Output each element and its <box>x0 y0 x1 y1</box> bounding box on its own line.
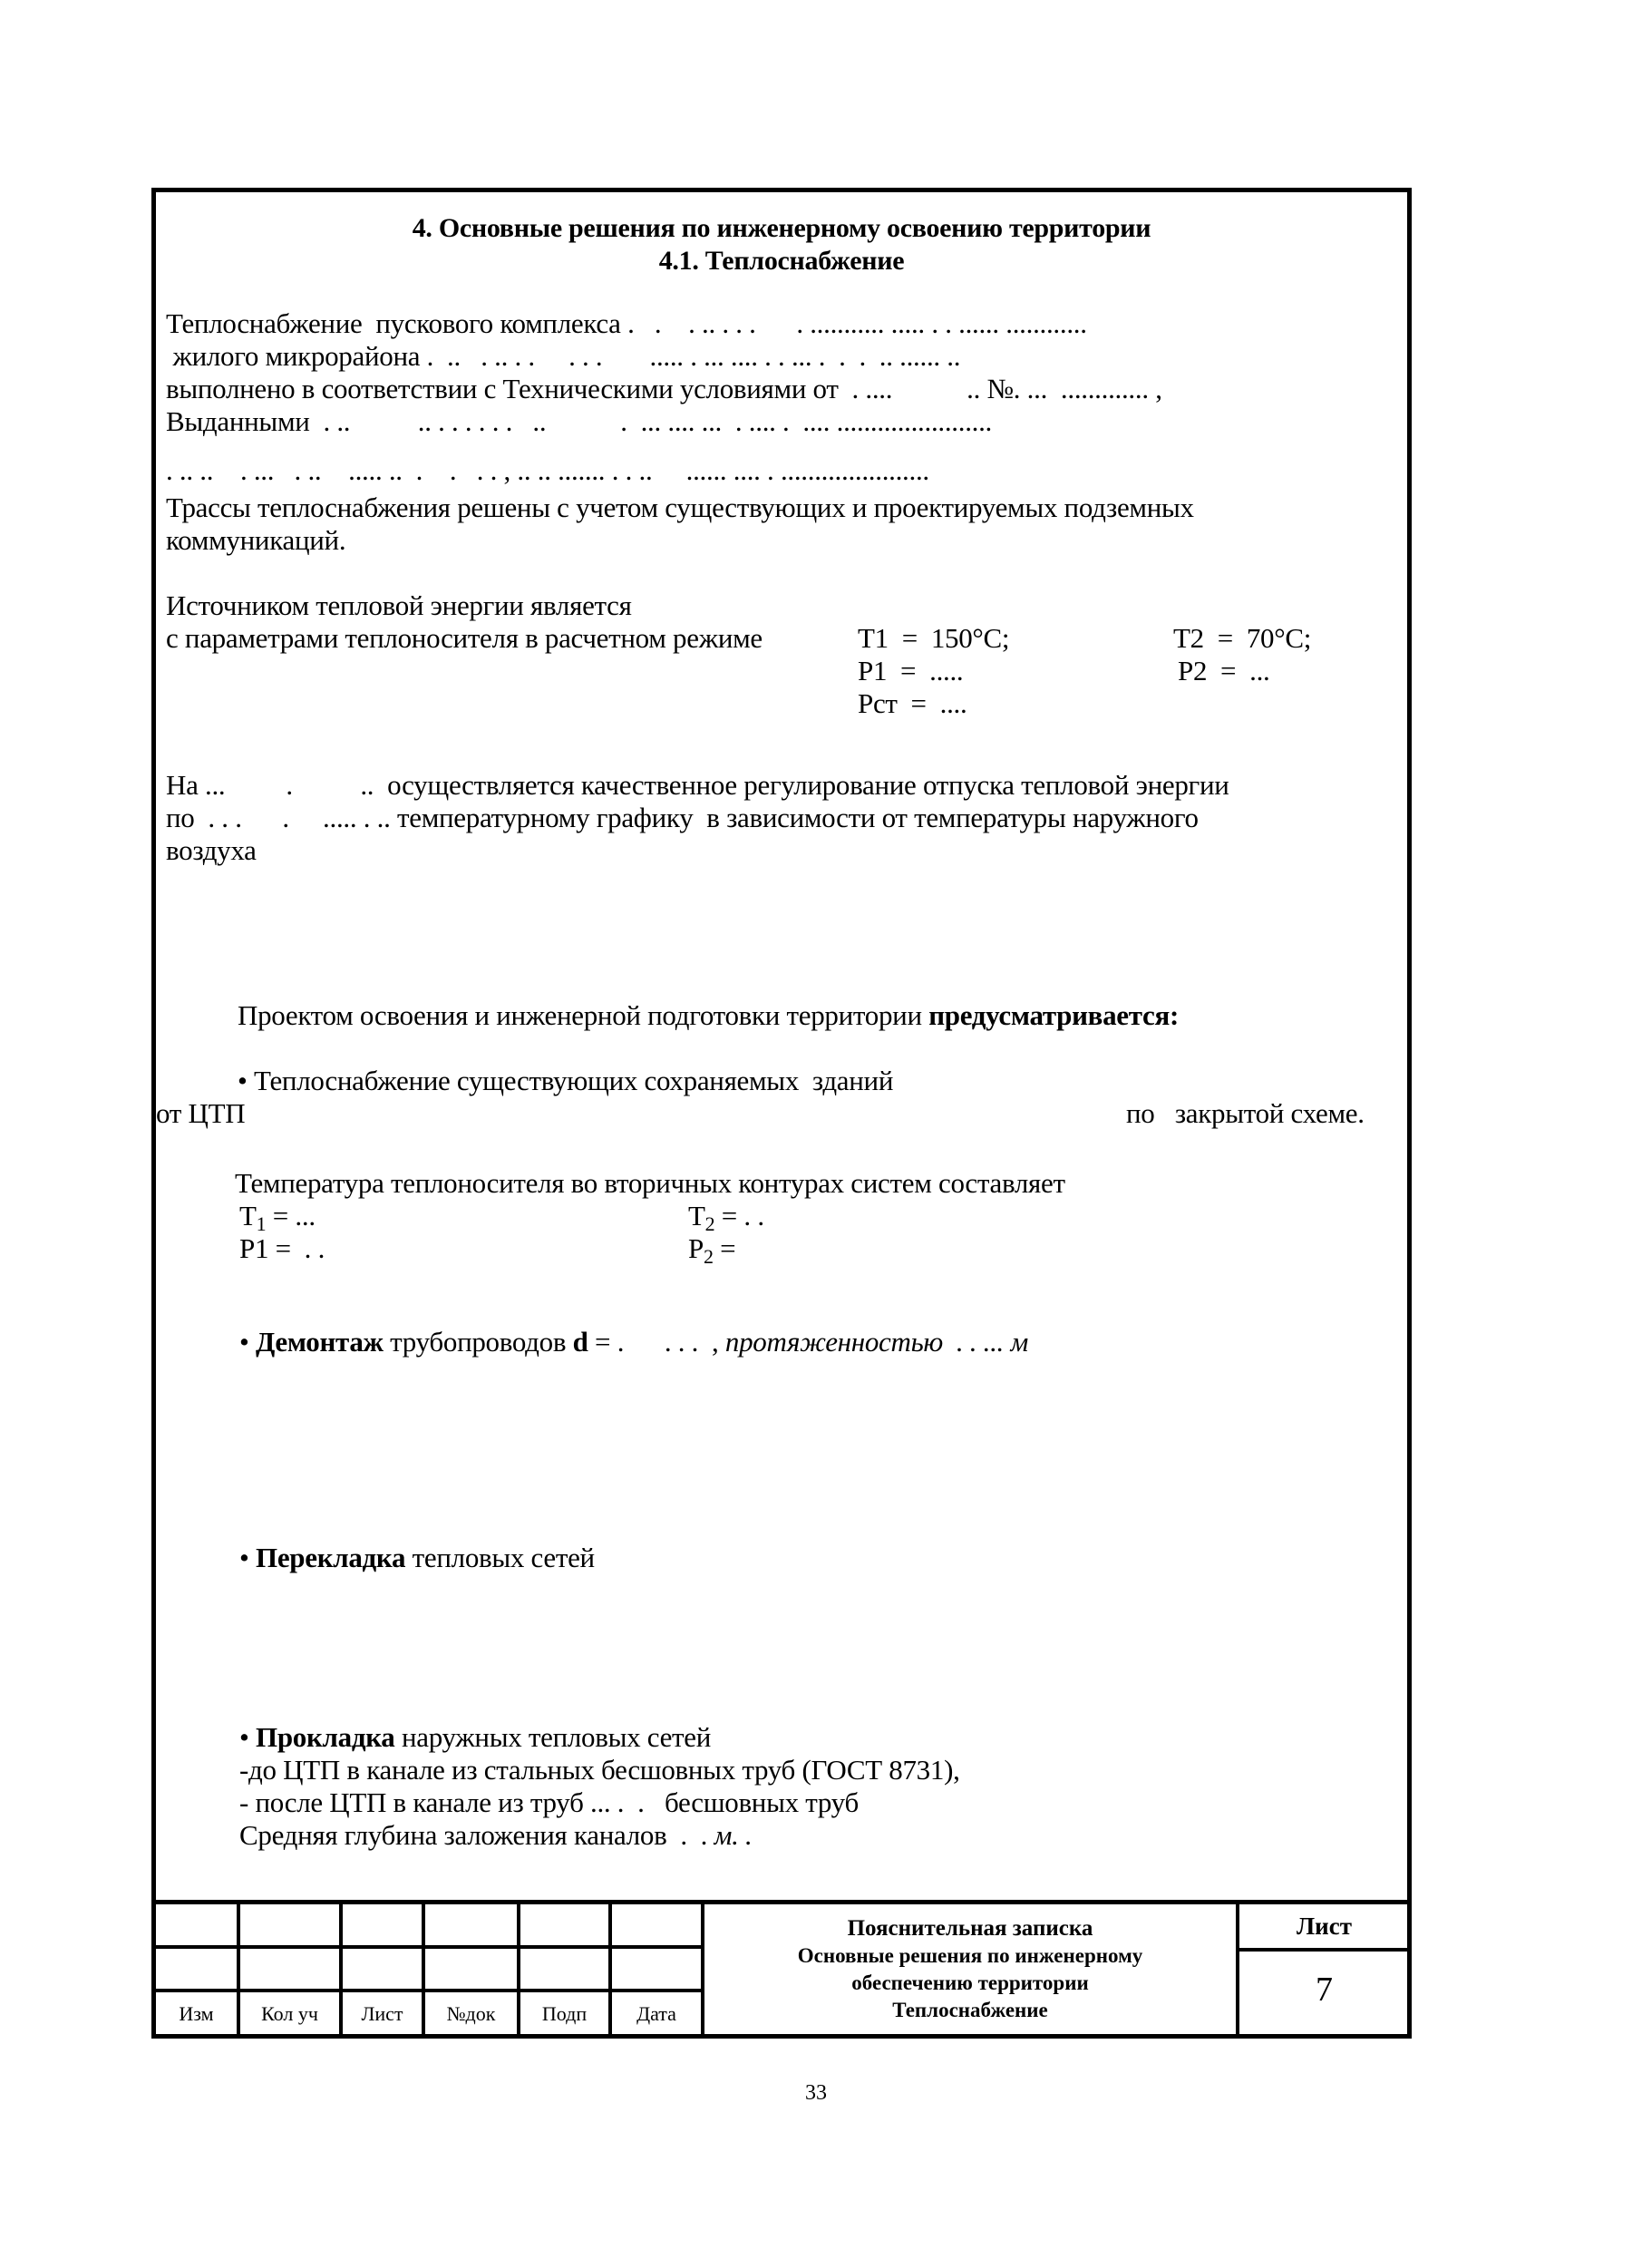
p2-value: = <box>714 1232 736 1264</box>
section-title: 4. Основные решения по инженерному освое… <box>156 212 1407 245</box>
bullet-icon: • <box>239 1721 249 1753</box>
t2-label: T <box>688 1200 705 1231</box>
document-type: Пояснительная записка <box>703 1915 1238 1942</box>
list-item-text: Теплоснабжение существующих сохраняемых … <box>254 1065 893 1096</box>
depth-unit: м. . <box>714 1819 753 1851</box>
divider <box>1238 1948 1407 1952</box>
description-line: Теплоснабжение <box>703 1997 1238 2024</box>
column-label-signature: Подп <box>520 2002 608 2026</box>
project-lead: Проектом освоения и инженерной подготовк… <box>238 999 1179 1032</box>
param-p1: P1 = ..... <box>858 655 963 687</box>
regulation-line-1: На ... . .. осуществляется качественное … <box>166 769 1229 802</box>
column-label-quantity: Кол уч <box>240 2002 339 2026</box>
laying-depth: Средняя глубина заложения каналов . . м.… <box>239 1819 752 1852</box>
source-line-2: с параметрами теплоносителя в расчетном … <box>166 622 763 655</box>
from-ctp: от ЦТП <box>156 1097 245 1130</box>
length-blank: протяженностью . . ... м <box>725 1326 1028 1358</box>
param-t1: T1 = 150°C; <box>858 622 1009 655</box>
regulation-line-3: воздуха <box>166 834 257 867</box>
intro-line-5: . .. .. . ... . .. ..... .. . . . . , ..… <box>166 454 929 487</box>
list-item-dismantling: • Демонтаж трубопроводов d = . . . . , п… <box>239 1326 1028 1358</box>
secondary-t1: T1 = ... <box>239 1200 316 1232</box>
diameter-blank: = . . . . , <box>588 1326 725 1358</box>
bullet-icon: • <box>239 1542 249 1573</box>
p2-label: P <box>688 1232 704 1264</box>
list-item-text: тепловых сетей <box>405 1542 595 1573</box>
laying-line-1: -до ЦТП в канале из стальных бесшовных т… <box>239 1754 960 1786</box>
subsection-title: 4.1. Теплоснабжение <box>156 245 1407 277</box>
param-pst: Pст = .... <box>858 687 967 720</box>
laying-line-2: - после ЦТП в канале из труб ... . . бес… <box>239 1786 859 1819</box>
column-label-sheet: Лист <box>343 2002 422 2026</box>
secondary-p1: P1 = . . <box>239 1232 325 1265</box>
project-lead-text: Проектом освоения и инженерной подготовк… <box>238 999 928 1031</box>
title-block: Изм Кол уч Лист №док Подп Дата Пояснител… <box>156 1900 1407 2039</box>
secondary-p2: P2 = <box>688 1232 735 1265</box>
depth-text: Средняя глубина заложения каналов . . <box>239 1819 714 1851</box>
source-line-1: Источником тепловой энергии является <box>166 589 632 622</box>
regulation-line-2: по . . . . ..... . .. температурному гра… <box>166 802 1199 834</box>
param-p2: P2 = ... <box>1178 655 1269 687</box>
routes-line-1: Трассы теплоснабжения решены с учетом су… <box>166 492 1194 524</box>
routes-line-2: коммуникаций. <box>166 524 345 557</box>
list-item-laying: • Прокладка наружных тепловых сетей <box>239 1721 711 1754</box>
column-label-doc-number: №док <box>425 2002 517 2026</box>
closed-scheme: по закрытой схеме. <box>1126 1097 1365 1130</box>
drawing-frame: 4. Основные решения по инженерному освое… <box>151 188 1412 2039</box>
list-item-keyword: Перекладка <box>256 1542 405 1573</box>
list-item-keyword: Демонтаж <box>256 1326 384 1358</box>
intro-line-2: жилого микрорайона . .. . .. . . . . . .… <box>166 340 960 373</box>
list-item-text: трубопроводов <box>384 1326 573 1358</box>
param-t2: T2 = 70°C; <box>1173 622 1311 655</box>
intro-line-3: выполнено в соответствии с Техническими … <box>166 373 1162 405</box>
page-number: 33 <box>0 2081 1632 2106</box>
t1-value: = ... <box>266 1200 315 1231</box>
sheet-number: 7 <box>1241 1970 1407 2010</box>
bullet-icon: • <box>238 1065 248 1096</box>
bullet-icon: • <box>239 1326 249 1358</box>
list-item-keyword: Прокладка <box>256 1721 394 1753</box>
column-label-date: Дата <box>612 2002 701 2026</box>
column-label-revision: Изм <box>156 2002 237 2026</box>
secondary-t2: T2 = . . <box>688 1200 764 1232</box>
t1-label: T <box>239 1200 257 1231</box>
intro-line-1: Теплоснабжение пускового комплекса . . .… <box>166 307 1087 340</box>
sheet-label: Лист <box>1241 1912 1407 1941</box>
list-item-relaying: • Перекладка тепловых сетей <box>239 1542 595 1574</box>
description-line: обеспечению территории <box>703 1970 1238 1997</box>
title-block-description: Пояснительная записка Основные решения п… <box>703 1915 1238 2024</box>
intro-line-4: Выданными . .. .. . . . . . . .. . ... .… <box>166 405 992 438</box>
t2-value: = . . <box>714 1200 763 1231</box>
project-lead-emphasis: предусматривается: <box>928 999 1179 1031</box>
list-item-heat-supply: • Теплоснабжение существующих сохраняемы… <box>238 1065 893 1097</box>
p2-sub: 2 <box>704 1245 714 1268</box>
description-line: Основные решения по инженерному <box>703 1942 1238 1970</box>
diameter-symbol: d <box>573 1326 588 1358</box>
list-item-text: наружных тепловых сетей <box>395 1721 712 1753</box>
secondary-line: Температура теплоносителя во вторичных к… <box>235 1167 1065 1200</box>
